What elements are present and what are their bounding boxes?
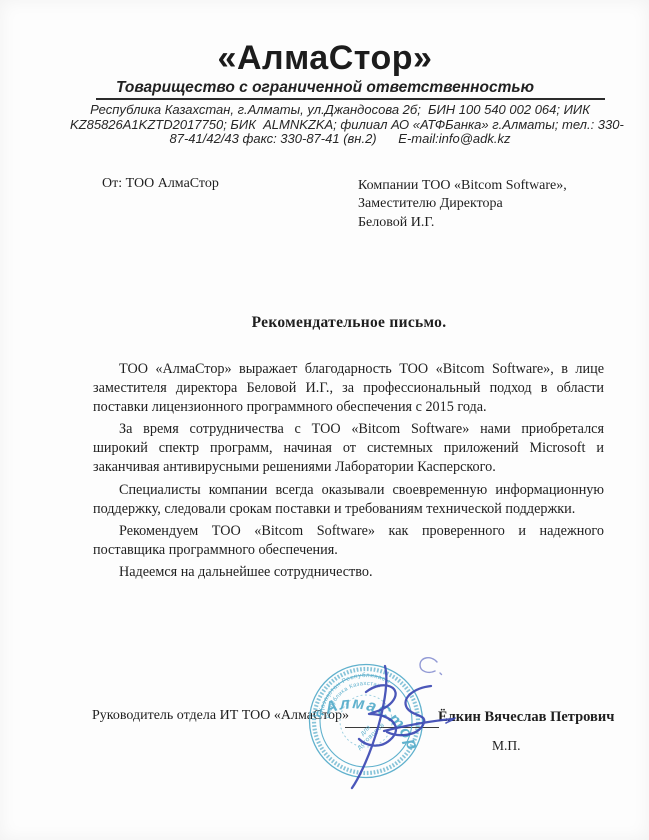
paragraph: За время сотрудничества с ТОО «Bitcom So… (93, 420, 604, 477)
recipient-block: Компании ТОО «Bitcom Software», Заместит… (358, 177, 567, 232)
recipient-line: Заместителю Директора (358, 195, 567, 213)
address-line: Республика Казахстан, г.Алматы, ул.Джанд… (70, 103, 610, 118)
company-name: «АлмаСтор» (70, 40, 580, 76)
letterhead-divider-line (96, 98, 605, 100)
paragraph: Рекомендуем ТОО «Bitcom Software» как пр… (93, 522, 604, 560)
seal-placeholder-label: М.П. (492, 738, 521, 754)
letter-title: Рекомендательное письмо. (93, 314, 605, 332)
company-legal-form: Товарищество с ограниченной ответственно… (70, 79, 580, 97)
handwritten-signature (290, 640, 470, 810)
company-address-block: Республика Казахстан, г.Алматы, ул.Джанд… (70, 103, 610, 147)
address-line: 87-41/42/43 факс: 330-87-41 (вн.2) E-mai… (70, 132, 610, 147)
recipient-line: Компании ТОО «Bitcom Software», (358, 177, 567, 195)
letterhead: «АлмаСтор» Товарищество с ограниченной о… (70, 40, 580, 97)
paragraph: Специалисты компании всегда оказывали св… (93, 481, 604, 519)
letter-body: ТОО «АлмаСтор» выражает благодарность ТО… (93, 360, 604, 585)
paragraph: ТОО «АлмаСтор» выражает благодарность ТО… (93, 360, 604, 417)
letter-document-page: «АлмаСтор» Товарищество с ограниченной о… (0, 0, 649, 840)
sender-line: От: ТОО АлмаСтор (102, 176, 219, 192)
paragraph: Надеемся на дальнейшее сотрудничество. (93, 563, 604, 582)
address-line: KZ85826A1KZTD2017750; БИК ALMNKZKA; фили… (70, 118, 610, 133)
recipient-line: Беловой И.Г. (358, 214, 567, 232)
